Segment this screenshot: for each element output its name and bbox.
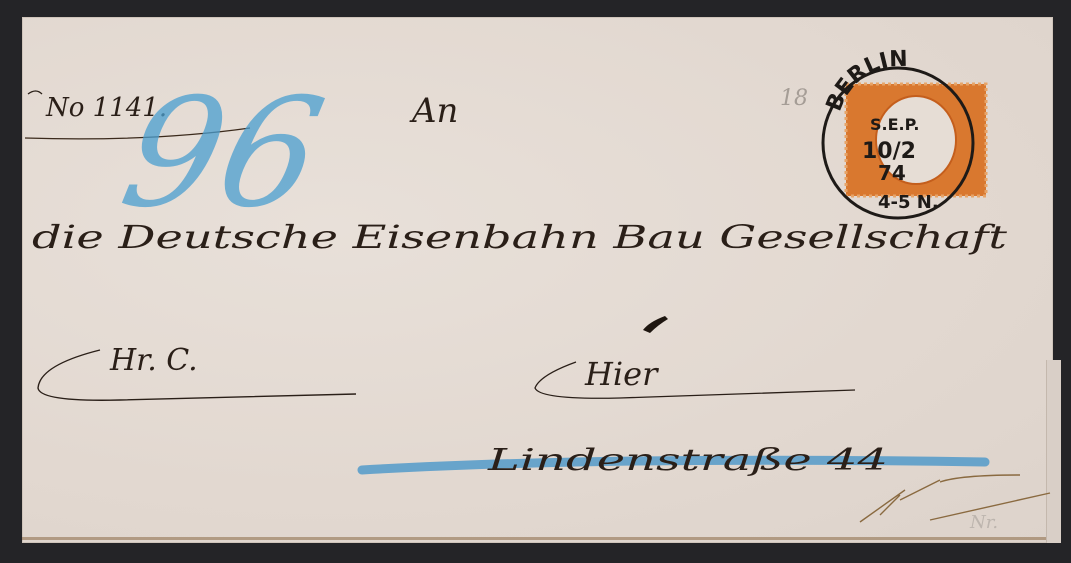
svg-text:Lindenstraße 44: Lindenstraße 44 — [486, 443, 888, 478]
city-line: Hier — [535, 355, 855, 398]
ink-blot — [643, 316, 668, 333]
svg-text:Nr.: Nr. — [969, 512, 998, 533]
svg-text:Hr. C.: Hr. C. — [109, 343, 198, 378]
bottom-right-ink-mark: Nr. — [860, 475, 1050, 533]
svg-text:96: 96 — [109, 66, 337, 241]
pencil-note: 18 — [780, 86, 808, 111]
svg-text:Hier: Hier — [584, 355, 659, 393]
handwriting-layer: No 1141. 96 An 18 die Deutsche Eisenbahn… — [0, 0, 1071, 563]
addressee-line: die Deutsche Eisenbahn Bau Gesellschaft — [32, 218, 1007, 256]
salutation: An — [409, 91, 458, 131]
svg-text:74: 74 — [878, 161, 906, 185]
blue-crayon-number: 96 — [109, 66, 337, 241]
svg-text:4-5 N.: 4-5 N. — [878, 192, 939, 213]
crossed-out-street: Lindenstraße 44 — [362, 443, 985, 478]
svg-text:S.E.P.: S.E.P. — [870, 115, 919, 134]
addressee-abbreviation: Hr. C. — [38, 343, 356, 400]
